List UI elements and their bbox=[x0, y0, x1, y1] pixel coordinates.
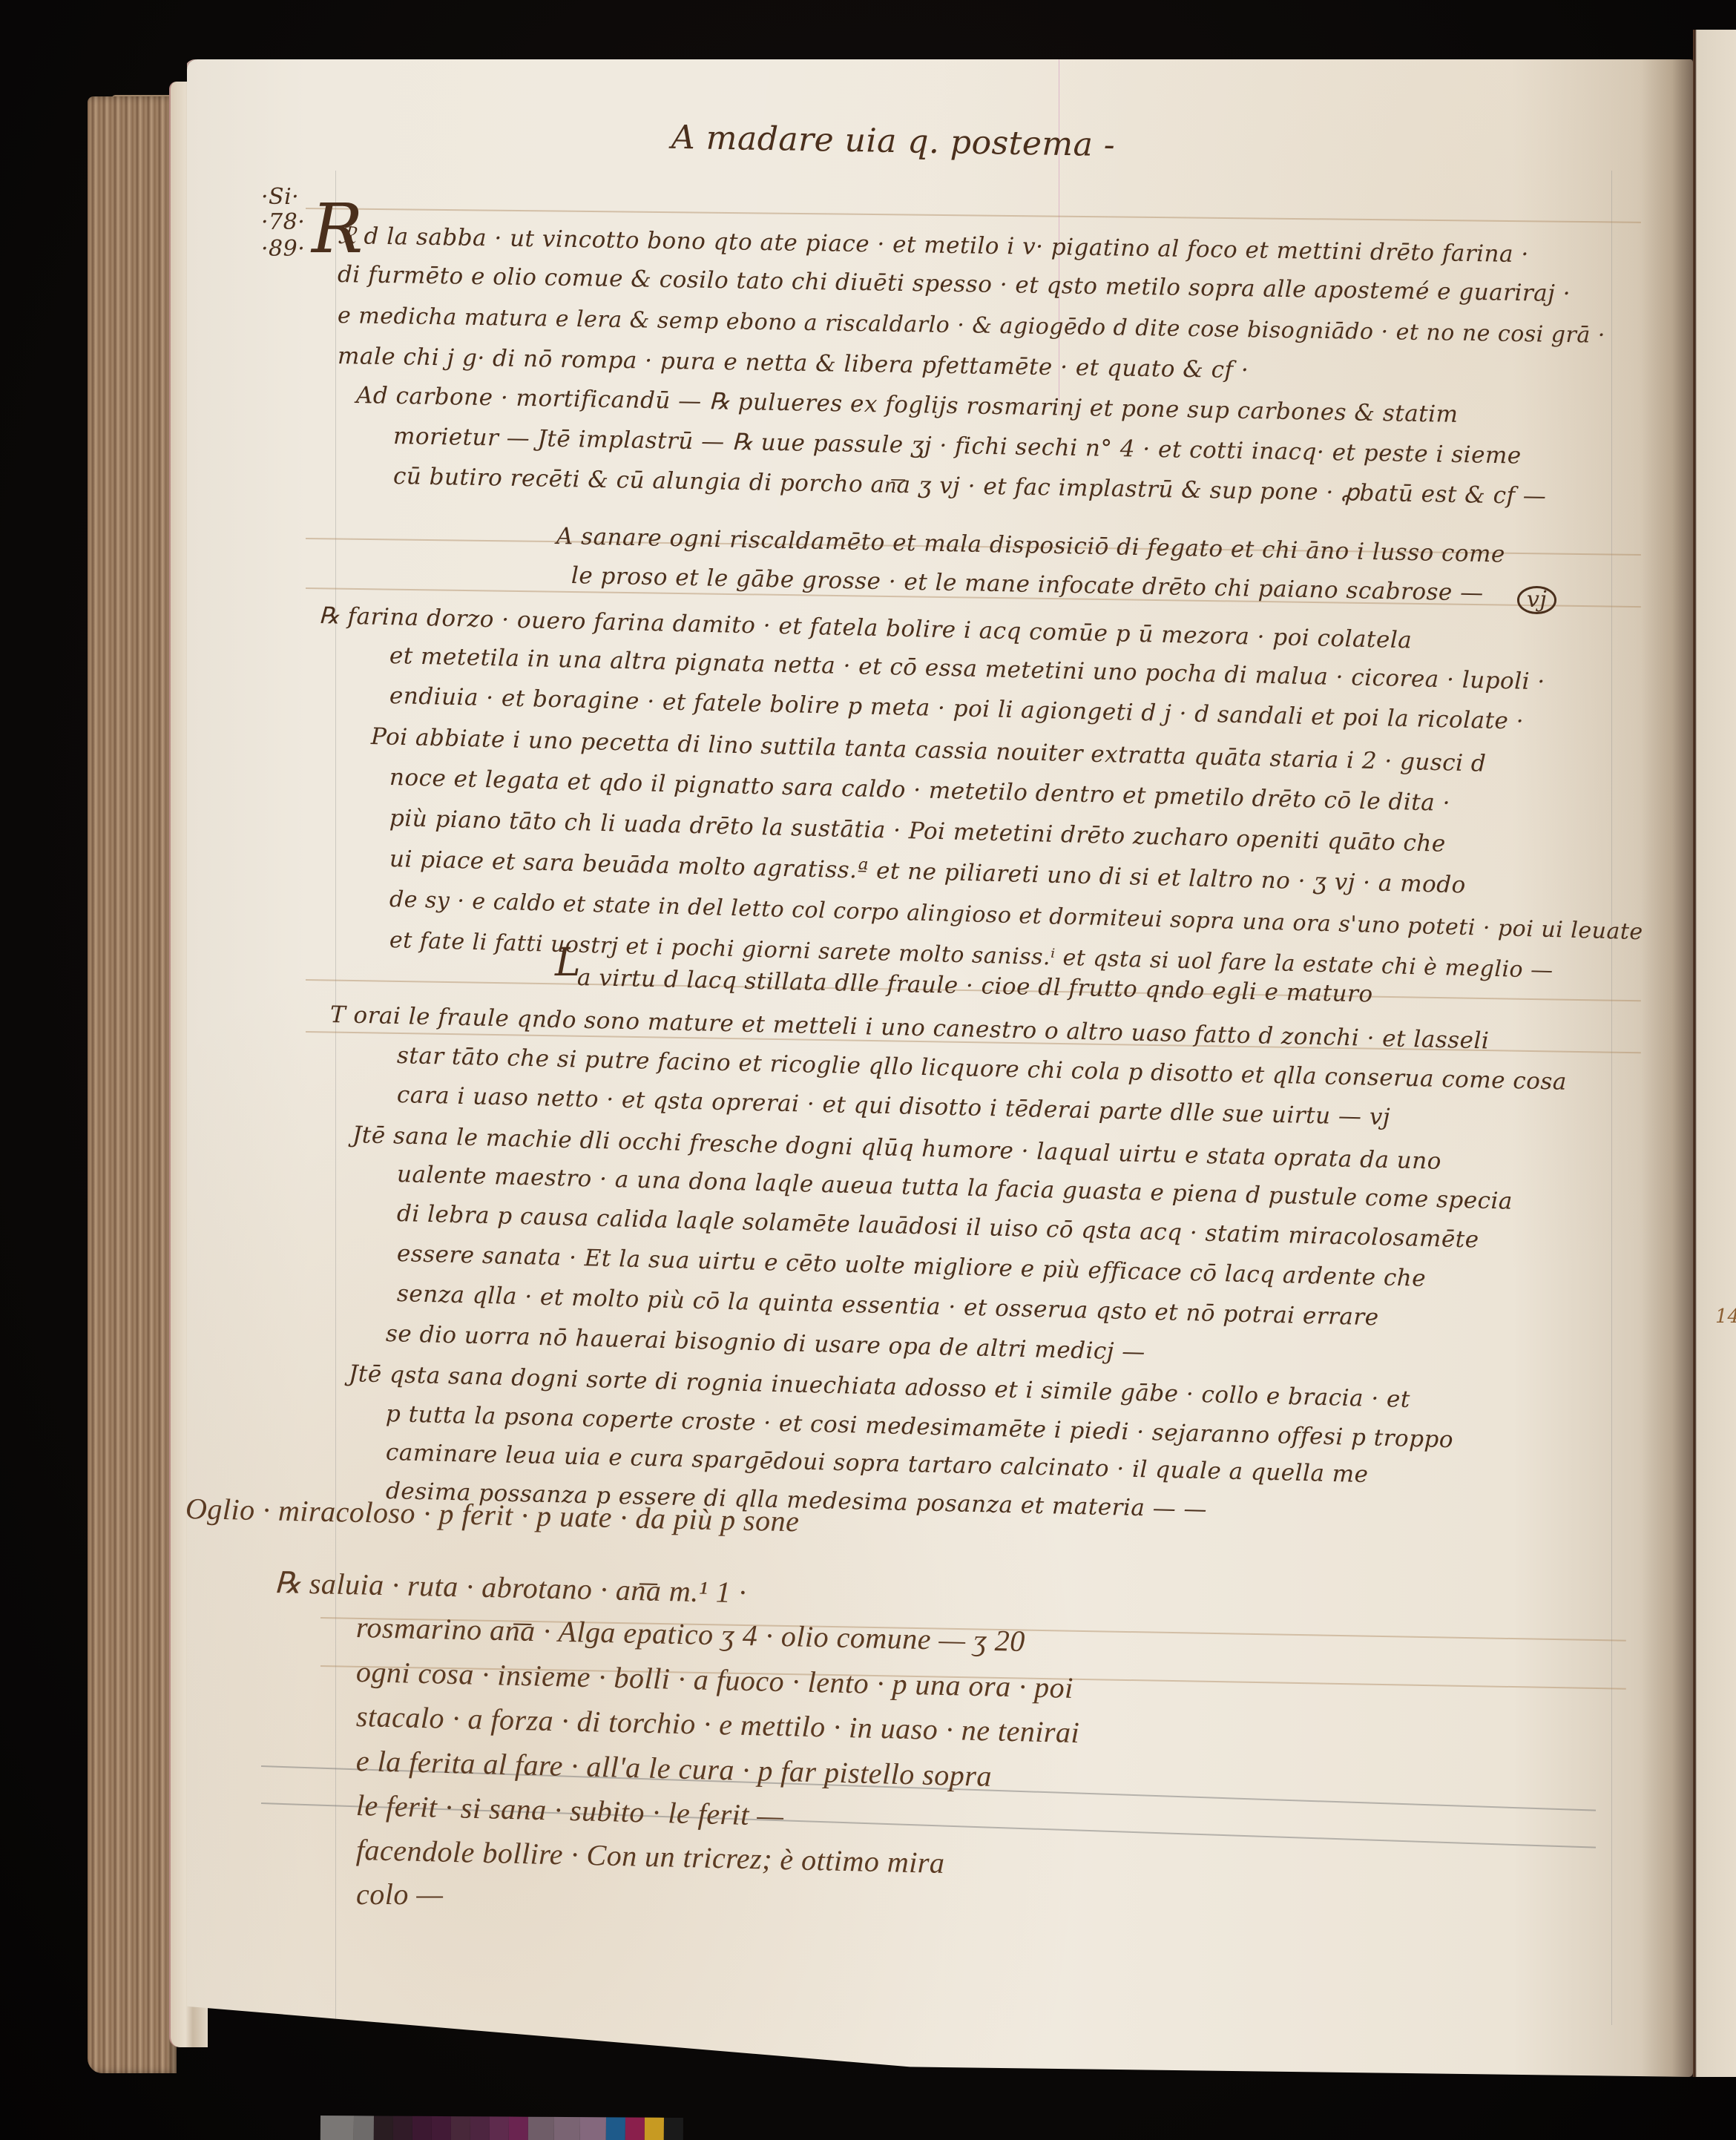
facing-page-edge bbox=[1693, 30, 1736, 2077]
gutter-shadow bbox=[1641, 59, 1693, 2077]
color-swatch bbox=[554, 2117, 580, 2140]
color-swatch bbox=[606, 2117, 625, 2140]
color-swatch bbox=[432, 2116, 451, 2140]
page-title: A madare uia q. postema - bbox=[671, 119, 1116, 164]
color-swatch bbox=[490, 2116, 509, 2140]
color-swatch bbox=[528, 2117, 554, 2140]
color-swatch bbox=[470, 2116, 490, 2140]
margin-ref-si: ·Si· bbox=[261, 184, 299, 210]
margin-ref-78: ·78· bbox=[261, 209, 305, 235]
color-swatch bbox=[625, 2118, 645, 2140]
color-swatch bbox=[320, 2116, 354, 2140]
color-swatch bbox=[354, 2116, 374, 2140]
color-swatch bbox=[374, 2116, 393, 2140]
color-calibration-target bbox=[320, 2116, 683, 2140]
color-swatch bbox=[645, 2118, 664, 2140]
color-swatch bbox=[412, 2116, 432, 2140]
color-swatch bbox=[580, 2117, 606, 2140]
color-swatch bbox=[393, 2116, 412, 2140]
margin-ref-89: ·89· bbox=[261, 236, 305, 262]
color-swatch bbox=[451, 2116, 470, 2140]
color-swatch bbox=[509, 2117, 528, 2140]
folio-number: 140 bbox=[1715, 1306, 1736, 1328]
ruled-line bbox=[306, 208, 1641, 223]
color-swatch bbox=[664, 2118, 683, 2140]
left-margin-rule bbox=[335, 171, 336, 2025]
book-fore-edge bbox=[88, 96, 177, 2073]
circled-dose-mark: vj bbox=[1517, 586, 1556, 614]
right-margin-rule bbox=[1611, 171, 1612, 2025]
later-hand-line: colo — bbox=[356, 1877, 443, 1912]
